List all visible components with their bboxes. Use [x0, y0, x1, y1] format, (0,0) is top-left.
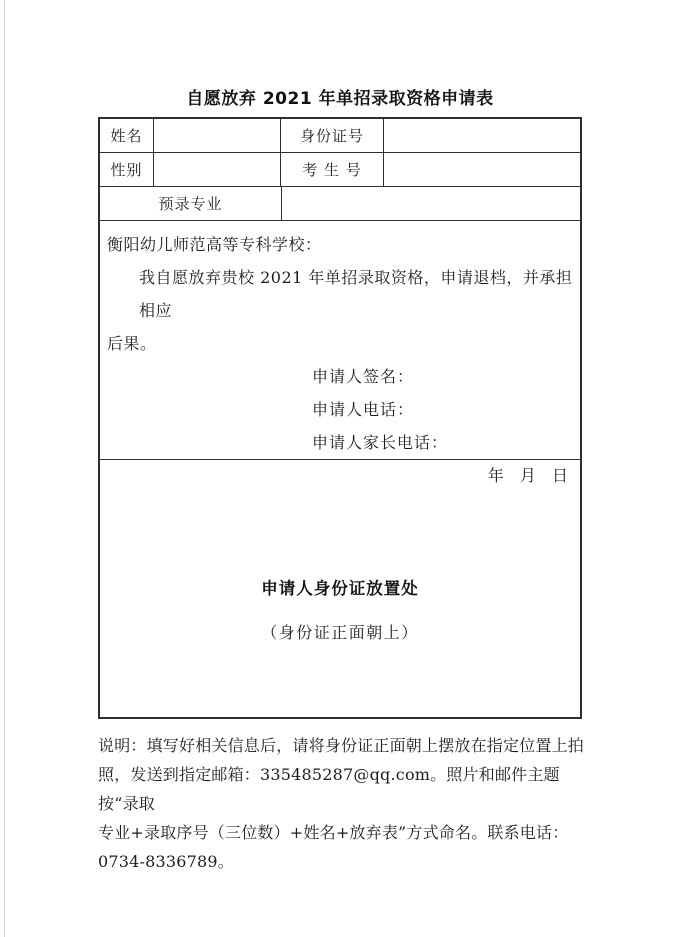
- idcard-area-subtitle: （身份证正面朝上）: [100, 620, 580, 643]
- note-line: 0734-8336789。: [98, 847, 586, 876]
- parent-phone-label: 申请人家长电话：: [100, 426, 580, 459]
- note-line: 照，发送到指定邮箱：335485287@qq.com。照片和邮件主题按“录取: [98, 760, 586, 818]
- candidate-number-value-cell: [384, 153, 580, 186]
- major-value-cell: [282, 187, 580, 220]
- name-value-cell: [154, 119, 281, 152]
- name-label-cell: 姓名: [100, 119, 154, 152]
- table-row-major: 预录专业: [100, 187, 580, 221]
- major-label-cell: 预录专业: [100, 187, 282, 220]
- phone-label: 申请人电话：: [100, 393, 580, 426]
- idcard-area-title: 申请人身份证放置处: [100, 575, 580, 599]
- table-row-statement: 衡阳幼儿师范高等专科学校： 我自愿放弃贵校 2021 年单招录取资格，申请退档，…: [100, 221, 580, 460]
- gender-value-cell: [154, 153, 281, 186]
- note-line: 专业+录取序号（三位数）+姓名+放弃表”方式命名。联系电话：: [98, 818, 586, 847]
- application-form-table: 姓名 身份证号 性别 考 生 号 预录专业 衡阳幼儿师范高等专科学校： 我自愿放…: [98, 117, 582, 719]
- id-number-label-cell: 身份证号: [281, 119, 384, 152]
- note-line: 说明：填写好相关信息后，请将身份证正面朝上摆放在指定位置上拍: [98, 731, 586, 760]
- statement-body-line1: 我自愿放弃贵校 2021 年单招录取资格，申请退档，并承担相应: [100, 261, 580, 327]
- signature-label: 申请人签名：: [100, 360, 580, 393]
- id-number-value-cell: [384, 119, 580, 152]
- gender-label-cell: 性别: [100, 153, 154, 186]
- table-row-name-id: 姓名 身份证号: [100, 119, 580, 153]
- page-title: 自愿放弃 2021 年单招录取资格申请表: [98, 84, 582, 109]
- statement-body-line2: 后果。: [100, 327, 580, 360]
- candidate-number-label-cell: 考 生 号: [281, 153, 384, 186]
- statement-salutation: 衡阳幼儿师范高等专科学校：: [100, 228, 580, 261]
- instruction-note: 说明：填写好相关信息后，请将身份证正面朝上摆放在指定位置上拍 照，发送到指定邮箱…: [98, 731, 586, 876]
- table-row-idcard-area: 申请人身份证放置处 （身份证正面朝上）: [100, 460, 580, 717]
- idcard-placement-cell: 申请人身份证放置处 （身份证正面朝上）: [100, 460, 580, 717]
- statement-cell: 衡阳幼儿师范高等专科学校： 我自愿放弃贵校 2021 年单招录取资格，申请退档，…: [100, 221, 580, 459]
- table-row-gender-candidate: 性别 考 生 号: [100, 153, 580, 187]
- page-edge-divider: [4, 0, 5, 937]
